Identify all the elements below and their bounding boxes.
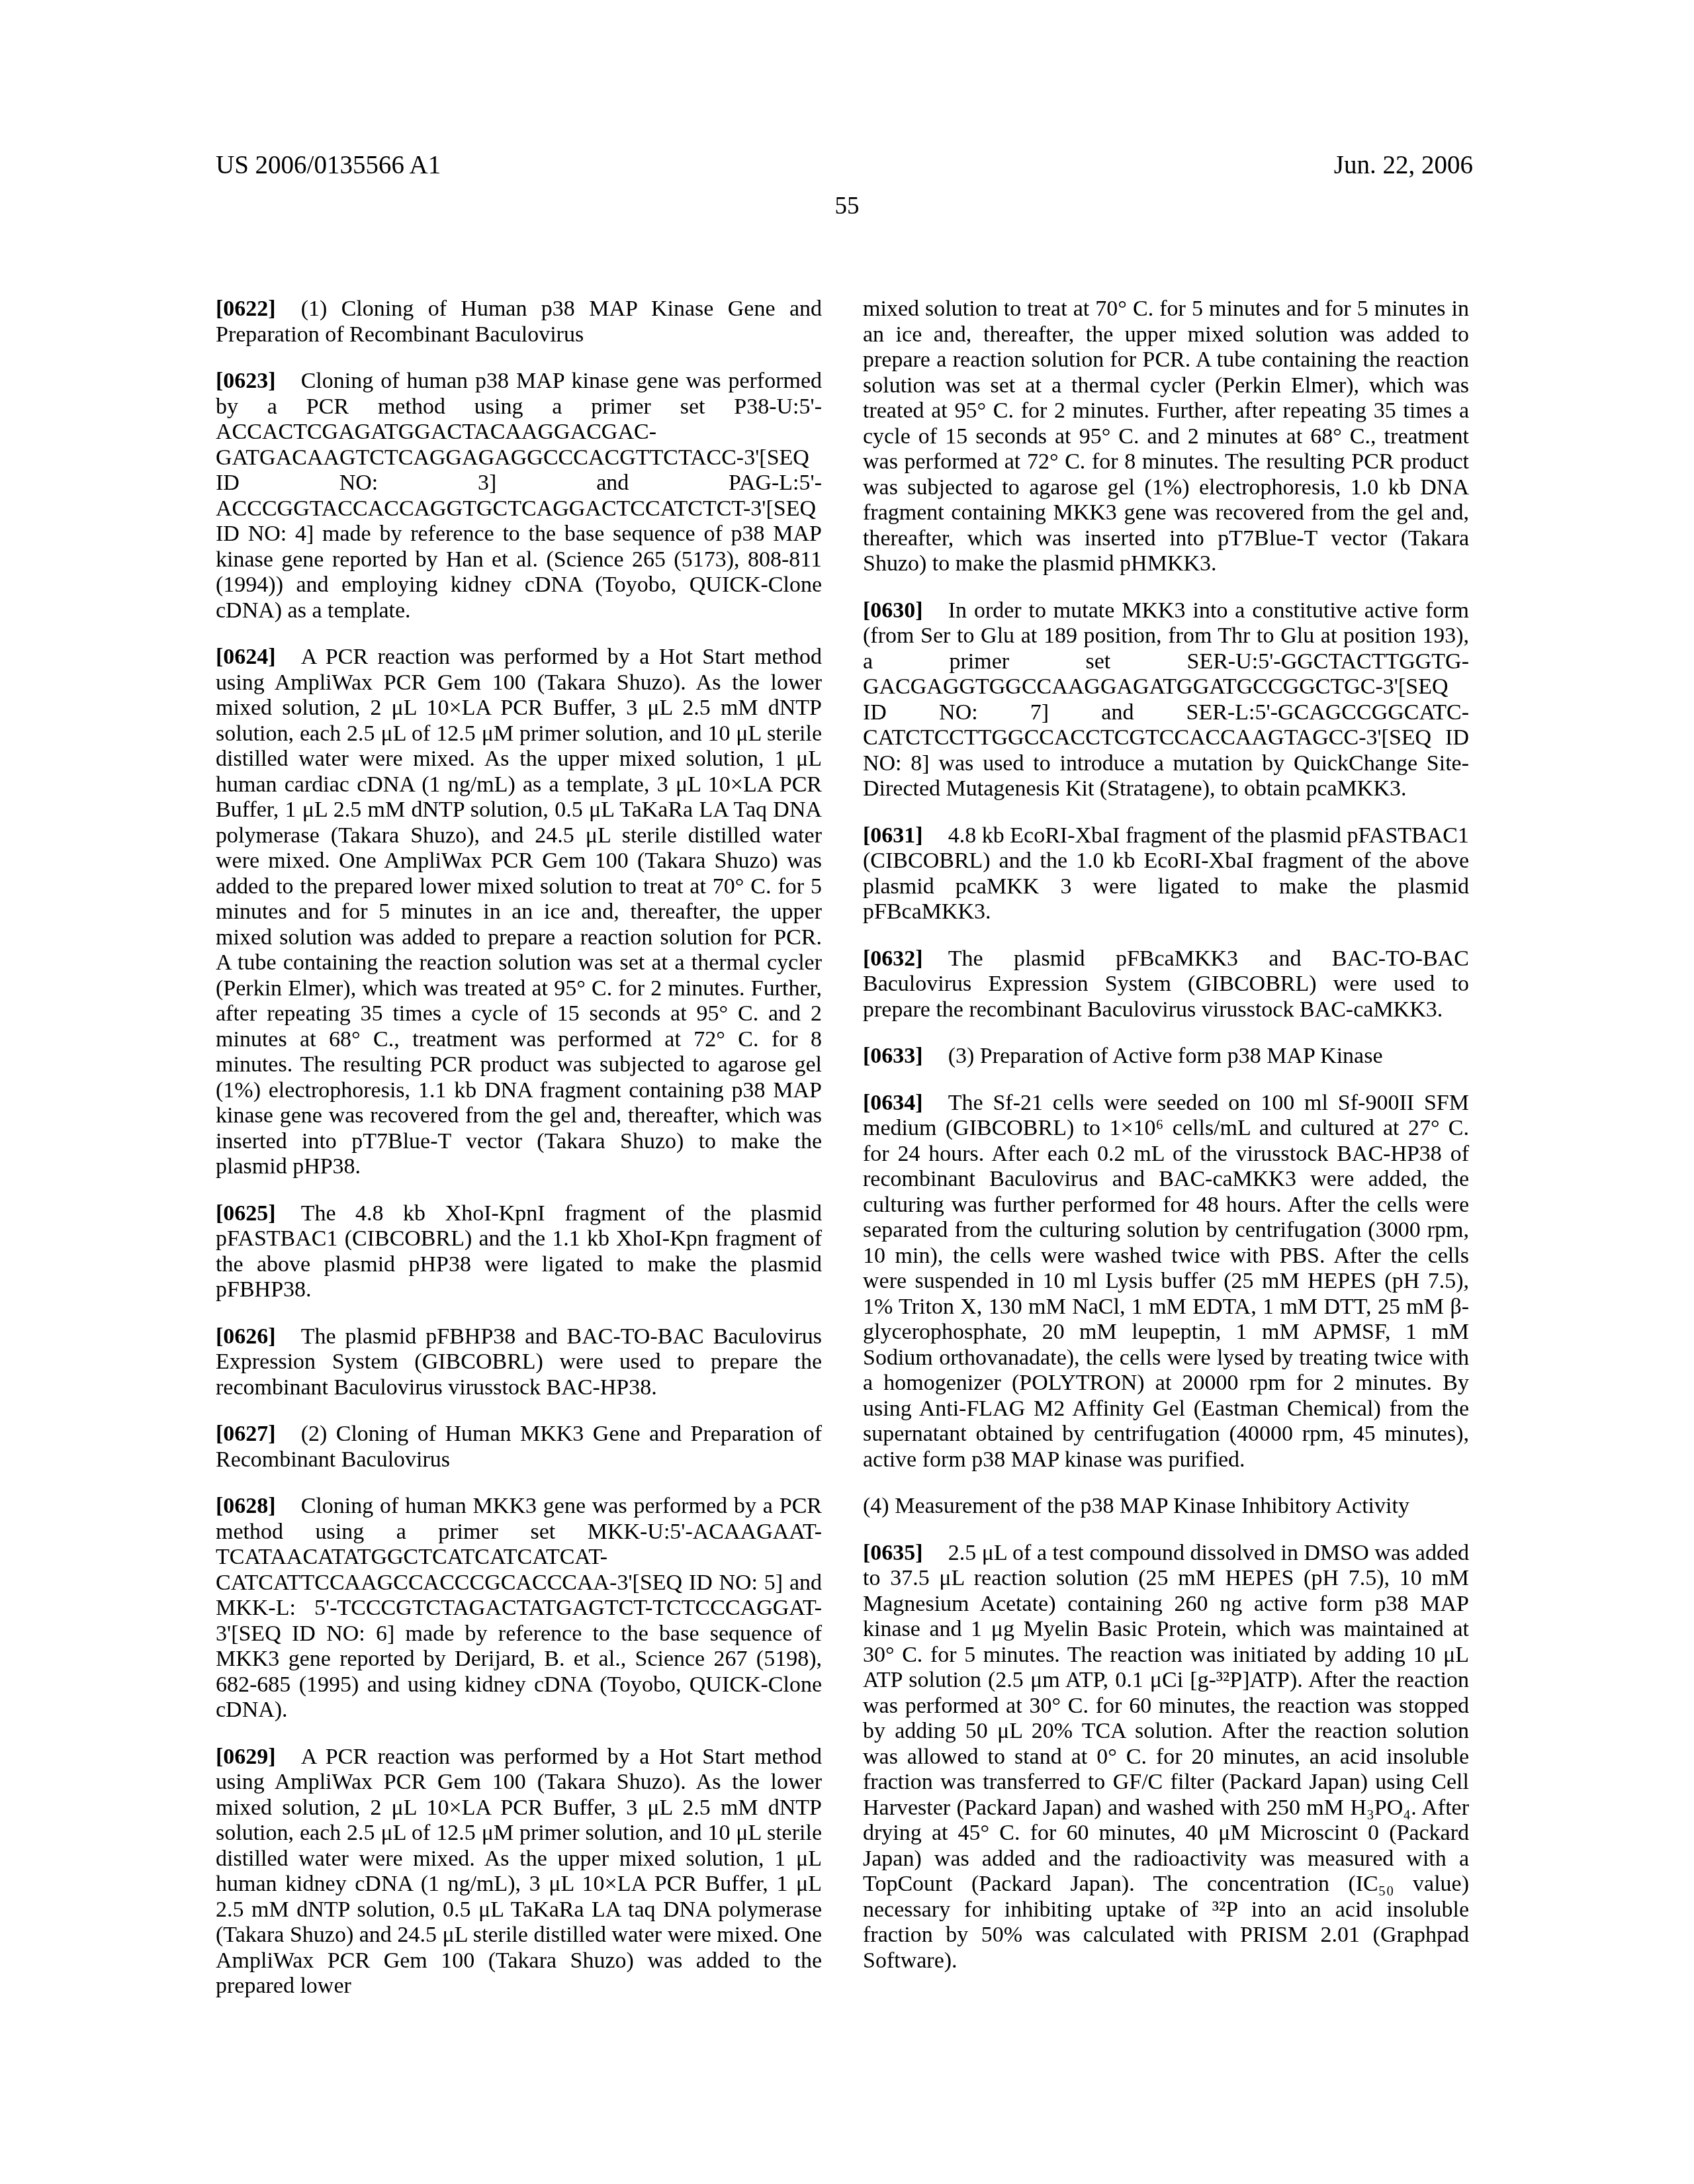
- paragraph-text: Cloning of human MKK3 gene was performed…: [216, 1494, 822, 1722]
- paragraph-0632: [0632]The plasmid pFBcaMKK3 and BAC-TO-B…: [863, 946, 1469, 1023]
- page-header: US 2006/0135566 A1 Jun. 22, 2006: [216, 151, 1473, 180]
- paragraph-0624: [0624]A PCR reaction was performed by a …: [216, 645, 822, 1180]
- paragraph-number: [0633]: [863, 1044, 923, 1068]
- paragraph-number: [0631]: [863, 823, 923, 848]
- patent-page: US 2006/0135566 A1 Jun. 22, 2006 55 [062…: [0, 0, 1694, 2184]
- paragraph-text: The 4.8 kb XhoI-KpnI fragment of the pla…: [216, 1201, 822, 1302]
- paragraph-number: [0632]: [863, 946, 923, 971]
- paragraph-text: The Sf-21 cells were seeded on 100 ml Sf…: [863, 1091, 1469, 1472]
- paragraph-text: (2) Cloning of Human MKK3 Gene and Prepa…: [216, 1422, 822, 1472]
- paragraph-text: 2.5 μL of a test compound dissolved in D…: [863, 1541, 1469, 1973]
- paragraph-number: [0624]: [216, 645, 276, 669]
- paragraph-0622: [0622](1) Cloning of Human p38 MAP Kinas…: [216, 296, 822, 347]
- paragraph-number: [0628]: [216, 1494, 276, 1518]
- paragraph-0630: [0630]In order to mutate MKK3 into a con…: [863, 598, 1469, 802]
- paragraph-text: 4.8 kb EcoRI-XbaI fragment of the plasmi…: [863, 823, 1469, 925]
- paragraph-number: [0623]: [216, 369, 276, 393]
- right-column: mixed solution to treat at 70° C. for 5 …: [863, 296, 1469, 1999]
- paragraph-text: The plasmid pFBHP38 and BAC-TO-BAC Bacul…: [216, 1324, 822, 1400]
- paragraph-text: (4) Measurement of the p38 MAP Kinase In…: [863, 1494, 1409, 1518]
- paragraph-number: [0625]: [216, 1201, 276, 1226]
- paragraph-0627: [0627](2) Cloning of Human MKK3 Gene and…: [216, 1422, 822, 1473]
- page-body: [0622](1) Cloning of Human p38 MAP Kinas…: [216, 296, 1469, 1999]
- paragraph-0623: [0623]Cloning of human p38 MAP kinase ge…: [216, 369, 822, 623]
- publication-number: US 2006/0135566 A1: [216, 151, 441, 180]
- paragraph-0631: [0631]4.8 kb EcoRI-XbaI fragment of the …: [863, 823, 1469, 925]
- paragraph-text: (3) Preparation of Active form p38 MAP K…: [948, 1044, 1383, 1068]
- paragraph-0626: [0626]The plasmid pFBHP38 and BAC-TO-BAC…: [216, 1324, 822, 1401]
- section-heading-measurement: (4) Measurement of the p38 MAP Kinase In…: [863, 1494, 1469, 1520]
- paragraph-0634: [0634]The Sf-21 cells were seeded on 100…: [863, 1091, 1469, 1473]
- publication-date: Jun. 22, 2006: [1334, 151, 1473, 180]
- paragraph-text: (1) Cloning of Human p38 MAP Kinase Gene…: [216, 296, 822, 347]
- paragraph-0629-continued: mixed solution to treat at 70° C. for 5 …: [863, 296, 1469, 577]
- page-number: 55: [0, 193, 1694, 220]
- paragraph-text: The plasmid pFBcaMKK3 and BAC-TO-BAC Bac…: [863, 946, 1469, 1022]
- paragraph-number: [0626]: [216, 1324, 276, 1349]
- paragraph-number: [0630]: [863, 598, 923, 623]
- paragraph-0628: [0628]Cloning of human MKK3 gene was per…: [216, 1494, 822, 1723]
- paragraph-number: [0629]: [216, 1745, 276, 1769]
- left-column: [0622](1) Cloning of Human p38 MAP Kinas…: [216, 296, 822, 1999]
- paragraph-0625: [0625]The 4.8 kb XhoI-KpnI fragment of t…: [216, 1201, 822, 1303]
- paragraph-text: mixed solution to treat at 70° C. for 5 …: [863, 296, 1469, 576]
- paragraph-text: In order to mutate MKK3 into a constitut…: [863, 598, 1469, 801]
- paragraph-text: A PCR reaction was performed by a Hot St…: [216, 645, 822, 1179]
- paragraph-number: [0622]: [216, 296, 276, 321]
- paragraph-number: [0635]: [863, 1541, 923, 1565]
- paragraph-0629: [0629]A PCR reaction was performed by a …: [216, 1745, 822, 1999]
- paragraph-number: [0634]: [863, 1091, 923, 1115]
- paragraph-text: A PCR reaction was performed by a Hot St…: [216, 1745, 822, 1999]
- paragraph-number: [0627]: [216, 1422, 276, 1446]
- paragraph-text: Cloning of human p38 MAP kinase gene was…: [216, 369, 822, 623]
- paragraph-0633: [0633](3) Preparation of Active form p38…: [863, 1044, 1469, 1069]
- paragraph-0635: [0635]2.5 μL of a test compound dissolve…: [863, 1541, 1469, 1974]
